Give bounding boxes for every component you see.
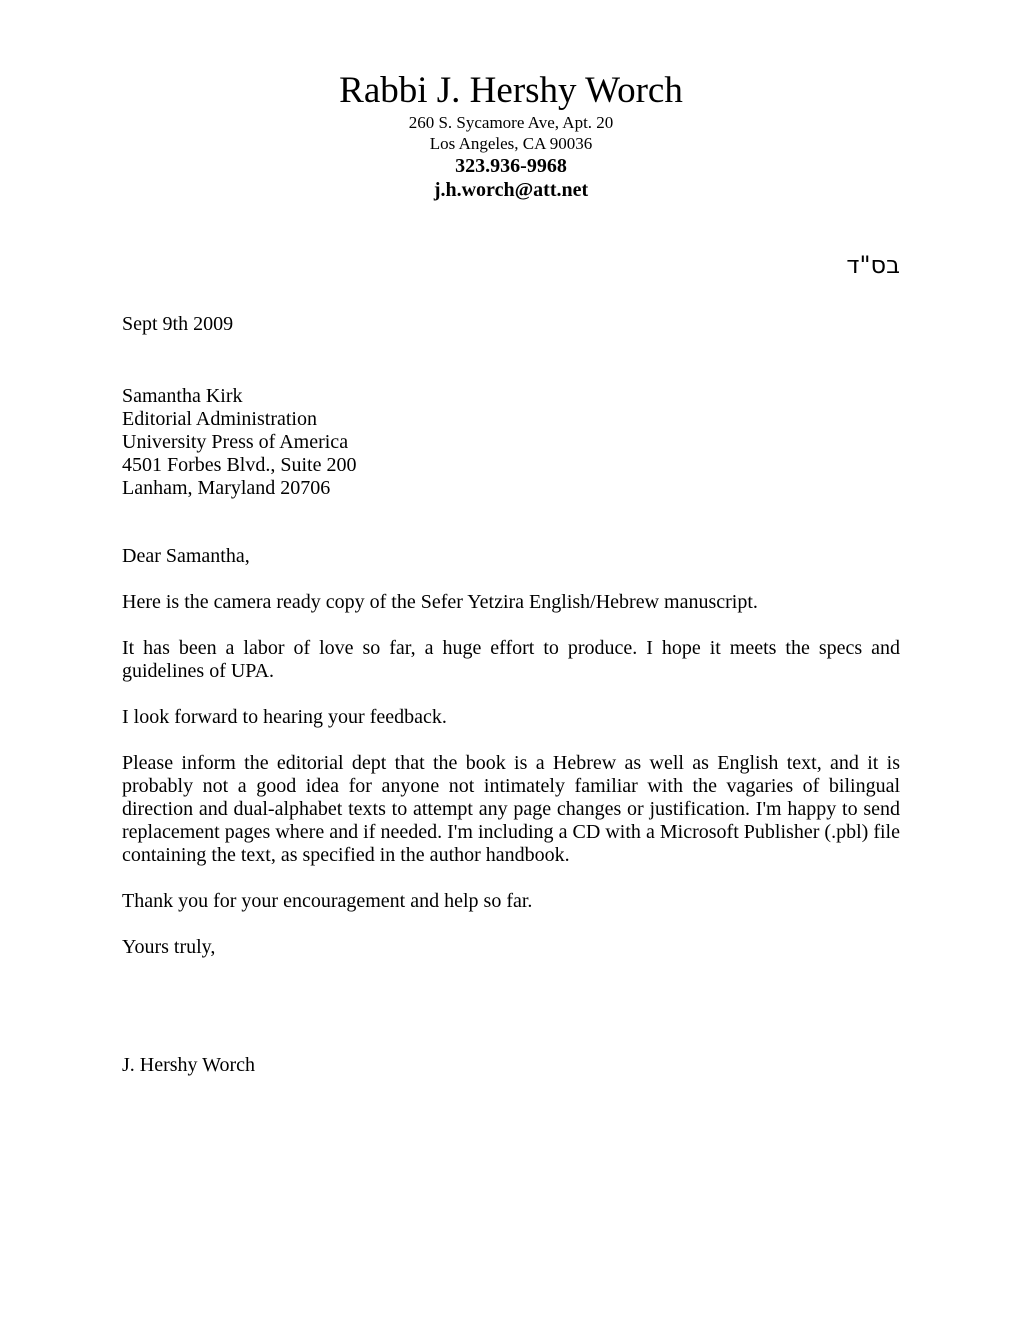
letterhead-phone: 323.936-9968 <box>122 155 900 178</box>
recipient-organization: University Press of America <box>122 431 900 454</box>
letter-date: Sept 9th 2009 <box>122 313 900 336</box>
hebrew-mark-line: בס"ד <box>122 252 900 279</box>
letterhead-address-line-1: 260 S. Sycamore Ave, Apt. 20 <box>122 112 900 133</box>
valediction: Yours truly, <box>122 936 900 959</box>
letter-page: Rabbi J. Hershy Worch 260 S. Sycamore Av… <box>0 0 1020 1320</box>
letterhead: Rabbi J. Hershy Worch 260 S. Sycamore Av… <box>122 0 900 202</box>
body-paragraph: Please inform the editorial dept that th… <box>122 752 900 867</box>
recipient-city-state-zip: Lanham, Maryland 20706 <box>122 477 900 500</box>
letterhead-address-line-2: Los Angeles, CA 90036 <box>122 133 900 154</box>
body-paragraph: Here is the camera ready copy of the Sef… <box>122 591 900 614</box>
recipient-department: Editorial Administration <box>122 408 900 431</box>
salutation: Dear Samantha, <box>122 545 900 568</box>
signature-name: J. Hershy Worch <box>122 1054 900 1077</box>
recipient-name: Samantha Kirk <box>122 385 900 408</box>
body-paragraph: It has been a labor of love so far, a hu… <box>122 637 900 683</box>
recipient-block: Samantha Kirk Editorial Administration U… <box>122 385 900 500</box>
body-paragraph: Thank you for your encouragement and hel… <box>122 890 900 913</box>
body-paragraph: I look forward to hearing your feedback. <box>122 706 900 729</box>
hebrew-besiyata-dishmaya-mark: בס"ד <box>846 251 900 279</box>
letterhead-email: j.h.worch@att.net <box>122 178 900 202</box>
recipient-street-address: 4501 Forbes Blvd., Suite 200 <box>122 454 900 477</box>
letterhead-name: Rabbi J. Hershy Worch <box>122 70 900 112</box>
